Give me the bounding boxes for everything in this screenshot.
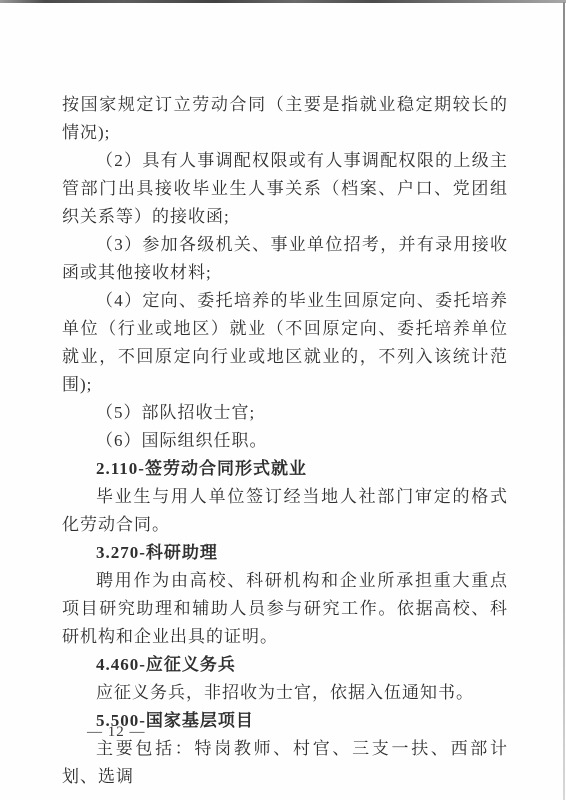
- document-body: 按国家规定订立劳动合同（主要是指就业稳定期较长的情况); （2）具有人事调配权限…: [62, 91, 508, 791]
- list-item-2: （2）具有人事调配权限或有人事调配权限的上级主管部门出具接收毕业生人事关系（档案…: [62, 147, 508, 231]
- document-page: 按国家规定订立劳动合同（主要是指就业稳定期较长的情况); （2）具有人事调配权限…: [0, 0, 566, 800]
- scan-artifact-top-edge: [0, 0, 566, 3]
- paragraph-continuation: 按国家规定订立劳动合同（主要是指就业稳定期较长的情况);: [62, 91, 508, 147]
- list-item-3: （3）参加各级机关、事业单位招考，并有录用接收函或其他接收材料;: [62, 231, 508, 287]
- paragraph-3-270: 聘用作为由高校、科研机构和企业所承担重大重点项目研究助理和辅助人员参与研究工作。…: [62, 567, 508, 651]
- section-heading-4-460: 4.460-应征义务兵: [62, 651, 508, 679]
- list-item-6: （6）国际组织任职。: [62, 427, 508, 455]
- paragraph-4-460: 应征义务兵，非招收为士官，依据入伍通知书。: [62, 679, 508, 707]
- list-item-5: （5）部队招收士官;: [62, 399, 508, 427]
- section-heading-2-110: 2.110-签劳动合同形式就业: [62, 455, 508, 483]
- section-heading-3-270: 3.270-科研助理: [62, 539, 508, 567]
- scan-artifact-right-edge: [563, 2, 565, 800]
- paragraph-5-500: 主要包括：特岗教师、村官、三支一扶、西部计划、选调: [62, 735, 508, 791]
- paragraph-2-110: 毕业生与用人单位签订经当地人社部门审定的格式化劳动合同。: [62, 483, 508, 539]
- list-item-4: （4）定向、委托培养的毕业生回原定向、委托培养单位（行业或地区）就业（不回原定向…: [62, 287, 508, 399]
- page-number: — 12 —: [87, 722, 146, 742]
